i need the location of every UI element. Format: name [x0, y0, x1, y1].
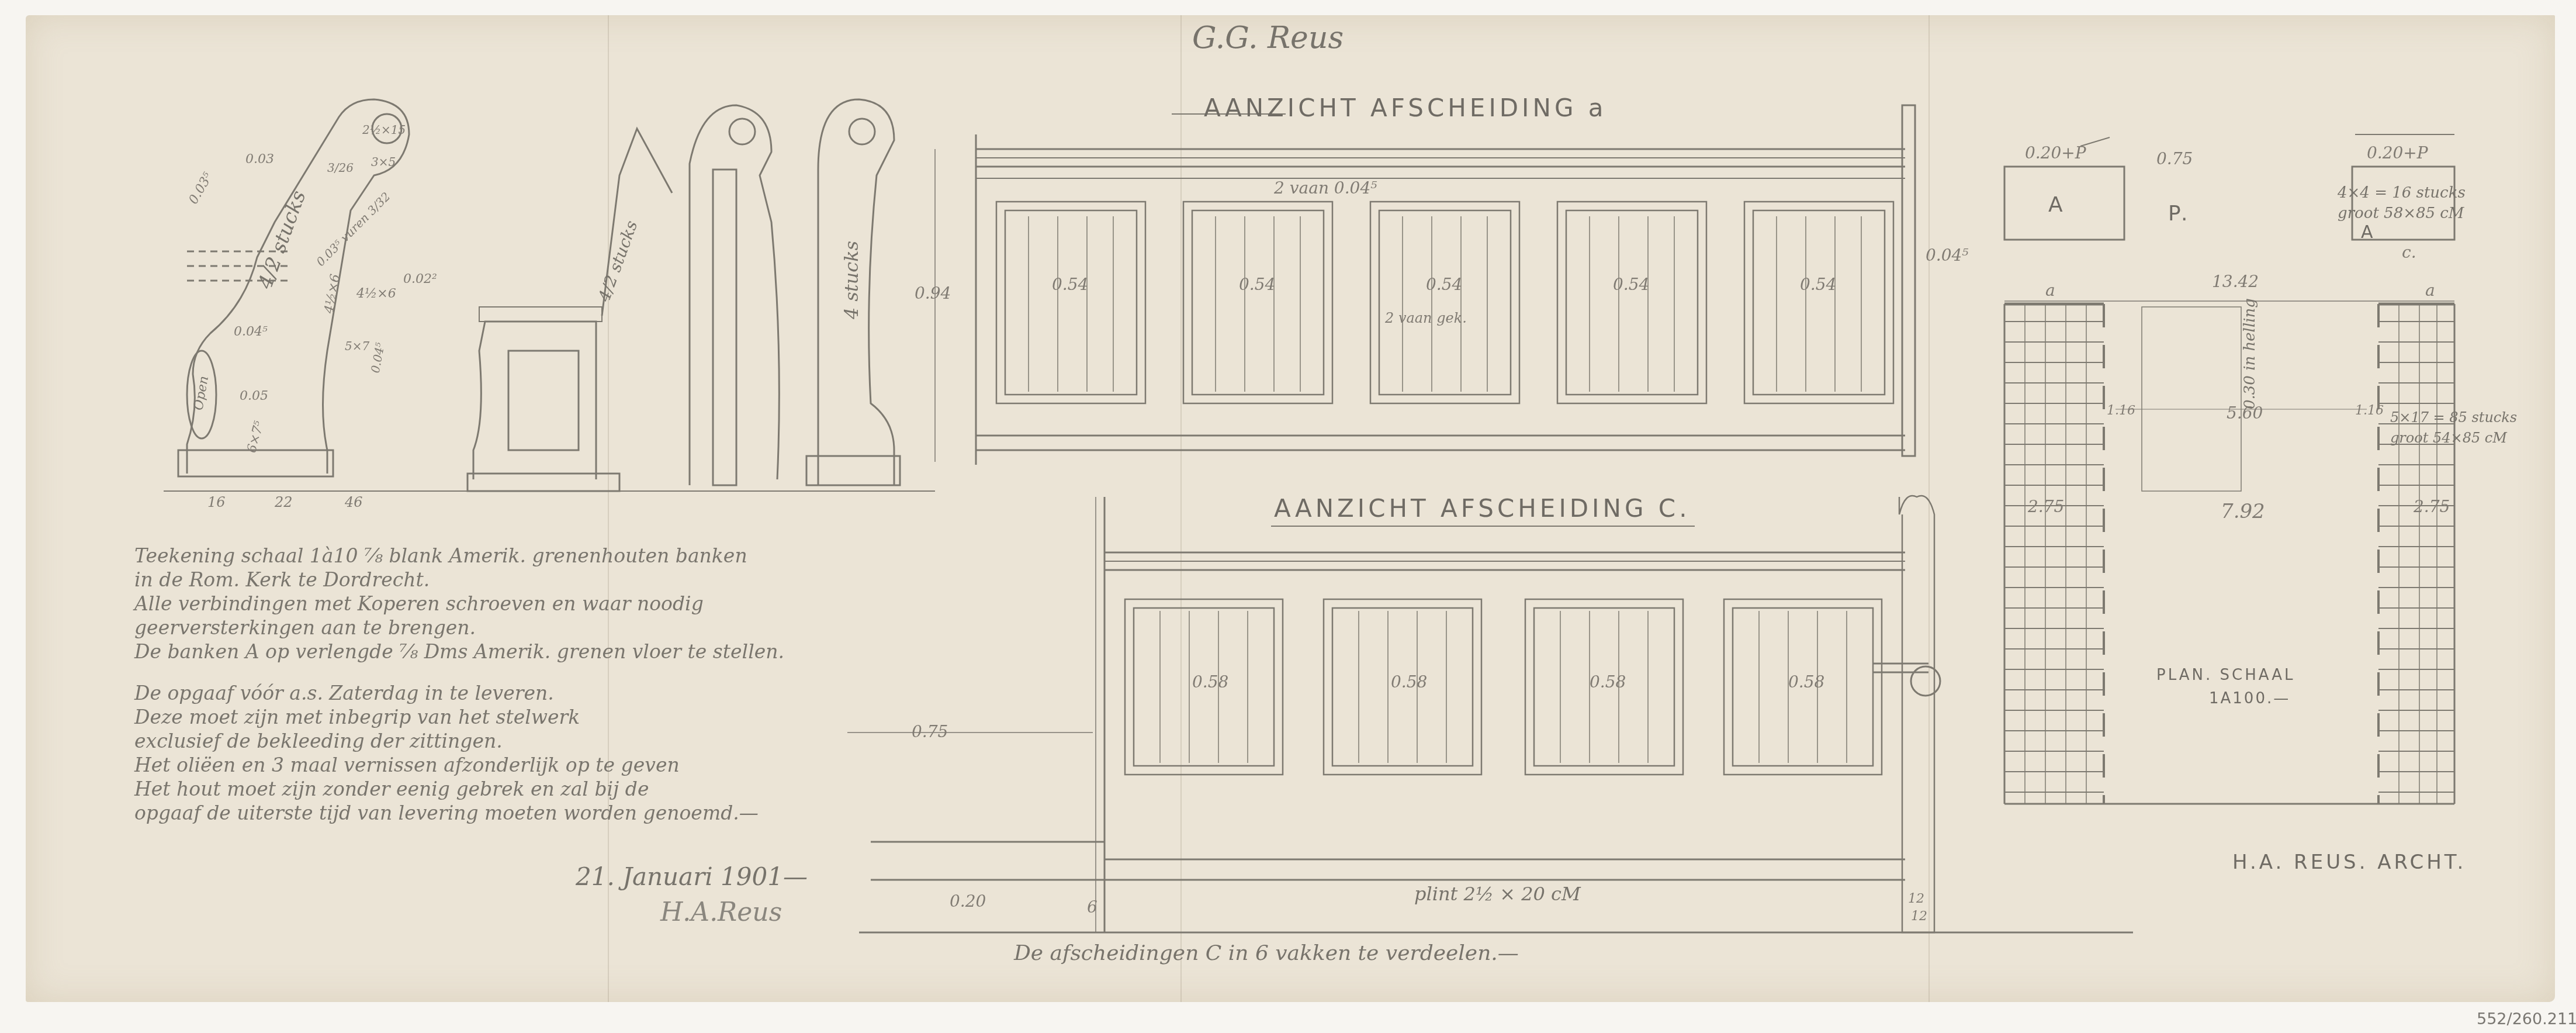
- elevation-a-post-dim: 0.04⁵: [1926, 246, 1969, 265]
- elevation-c-linework: [847, 496, 2133, 932]
- bottom-note: De afscheidingen C in 6 vakken te verdee…: [1014, 941, 1519, 965]
- plan-note: groot 58×85 cM: [2338, 205, 2464, 222]
- bench-dim: 2½×15: [362, 123, 406, 137]
- note-line: De opgaaf vóór a.s. Zaterdag in te lever…: [134, 681, 929, 705]
- plan-note: 4×4 = 16 stucks: [2338, 184, 2466, 202]
- panel-width: 0.54: [1052, 275, 1088, 294]
- plan-block-label: P.: [2168, 202, 2191, 226]
- slope-note: 0.30 in helling: [2241, 298, 2259, 409]
- plan-aisle-side: 1.16: [2355, 403, 2384, 418]
- catalog-number: 552/260.211: [2477, 1010, 2576, 1028]
- panel-width: 0.54: [1426, 275, 1462, 294]
- bench-bottom-dim: 22: [275, 494, 293, 510]
- note-line: geerversterkingen aan te brengen.: [134, 616, 929, 640]
- plan-bottom-dim: 2.75: [2414, 497, 2450, 516]
- bench-dim: 0.03: [245, 152, 274, 167]
- panel-width: 0.54: [1613, 275, 1649, 294]
- plan-block-label: a: [2425, 281, 2435, 300]
- note-line: Het oliëen en 3 maal vernissen afzonderl…: [134, 753, 929, 777]
- post-base-dim: 12: [1911, 909, 1927, 924]
- architect-stamp: H.A. REUS. ARCHT.: [2232, 851, 2466, 874]
- post-base-dim: 12: [1908, 892, 1924, 906]
- bench-bottom-dim: 16: [207, 494, 226, 510]
- plan-top-dim: 0.20+P: [2025, 143, 2086, 163]
- note-line: Alle verbindingen met Koperen schroeven …: [134, 592, 929, 616]
- plan-block-label: a: [2045, 281, 2055, 300]
- plan-total-width: 13.42: [2212, 272, 2259, 291]
- elevation-a-title: AANZICHT AFSCHEIDING a: [1204, 94, 1607, 122]
- bench-dim: 3×5: [371, 155, 396, 169]
- note-line: Het hout moet zijn zonder eenig gebrek e…: [134, 777, 929, 801]
- plan-note: 5×17 = 85 stucks: [2390, 409, 2517, 426]
- bench-dim: 0.02²: [403, 272, 437, 286]
- note-line: Deze moet zijn met inbegrip van het stel…: [134, 705, 929, 729]
- date: 21. Januari 1901—: [576, 862, 808, 891]
- panel-width: 0.58: [1590, 672, 1626, 692]
- panel-width: 0.58: [1192, 672, 1228, 692]
- note-line: De banken A op verlengde ⅞ Dms Amerik. g…: [134, 640, 929, 664]
- top-signature: G.G. Reus: [1192, 20, 1344, 56]
- specification-notes: Teekening schaal 1à10 ⅞ blank Amerik. gr…: [134, 544, 929, 825]
- bench-dim: 5×7: [345, 339, 369, 353]
- plan-bottom-dim: 2.75: [2028, 497, 2064, 516]
- bench-dim: 0.05: [240, 389, 268, 403]
- plan-top-dim: 0.75: [2156, 149, 2193, 168]
- bench-dim: 3/26: [327, 161, 354, 175]
- plan-top-dim: 0.20+P: [2367, 143, 2428, 163]
- note-line: exclusief de bekleeding der zittingen.: [134, 729, 929, 753]
- post-dim: 6: [1087, 897, 1097, 917]
- base-dim: 0.20: [950, 892, 986, 911]
- bench-dim: 4½×6: [356, 286, 396, 301]
- bench-section-2: [468, 129, 672, 491]
- plan-scale: 1A100.—: [2209, 690, 2290, 707]
- signature: H.A.Reus: [660, 897, 782, 927]
- panel-width: 0.54: [1800, 275, 1836, 294]
- plan-block-label: A: [2048, 193, 2066, 217]
- note-line: Teekening schaal 1à10 ⅞ blank Amerik. gr…: [134, 544, 929, 568]
- bench-section-3: [690, 105, 779, 485]
- bench-dim: 0.04⁵: [234, 324, 268, 339]
- plan-block-label: c.: [2402, 243, 2416, 262]
- panel-width: 0.58: [1788, 672, 1824, 692]
- bench-bottom-dim: 46: [345, 494, 363, 510]
- plinth-note: plint 2½ × 20 cM: [1414, 883, 1581, 905]
- plan-block-label: A: [2361, 222, 2377, 243]
- plan-note: groot 54×85 cM: [2390, 430, 2507, 446]
- elevation-a-center-note: 2 vaan gek.: [1385, 310, 1467, 326]
- note-line: opgaaf de uiterste tijd van levering moe…: [134, 801, 929, 825]
- panel-width: 0.58: [1391, 672, 1427, 692]
- note-line: in de Rom. Kerk te Dordrecht.: [134, 568, 929, 592]
- plan-bottom-dim: 7.92: [2221, 500, 2265, 523]
- bench-label: 4 stucks: [840, 241, 863, 319]
- panel-width: 0.54: [1239, 275, 1275, 294]
- plan-title: PLAN. SCHAAL: [2156, 666, 2295, 684]
- plan-aisle-side: 1.16: [2107, 403, 2135, 418]
- elevation-a-top-note: 2 vaan 0.04⁵: [1274, 178, 1377, 198]
- elevation-c-title: AANZICHT AFSCHEIDING C.: [1274, 494, 1691, 523]
- elevation-a-height: 0.94: [915, 284, 951, 303]
